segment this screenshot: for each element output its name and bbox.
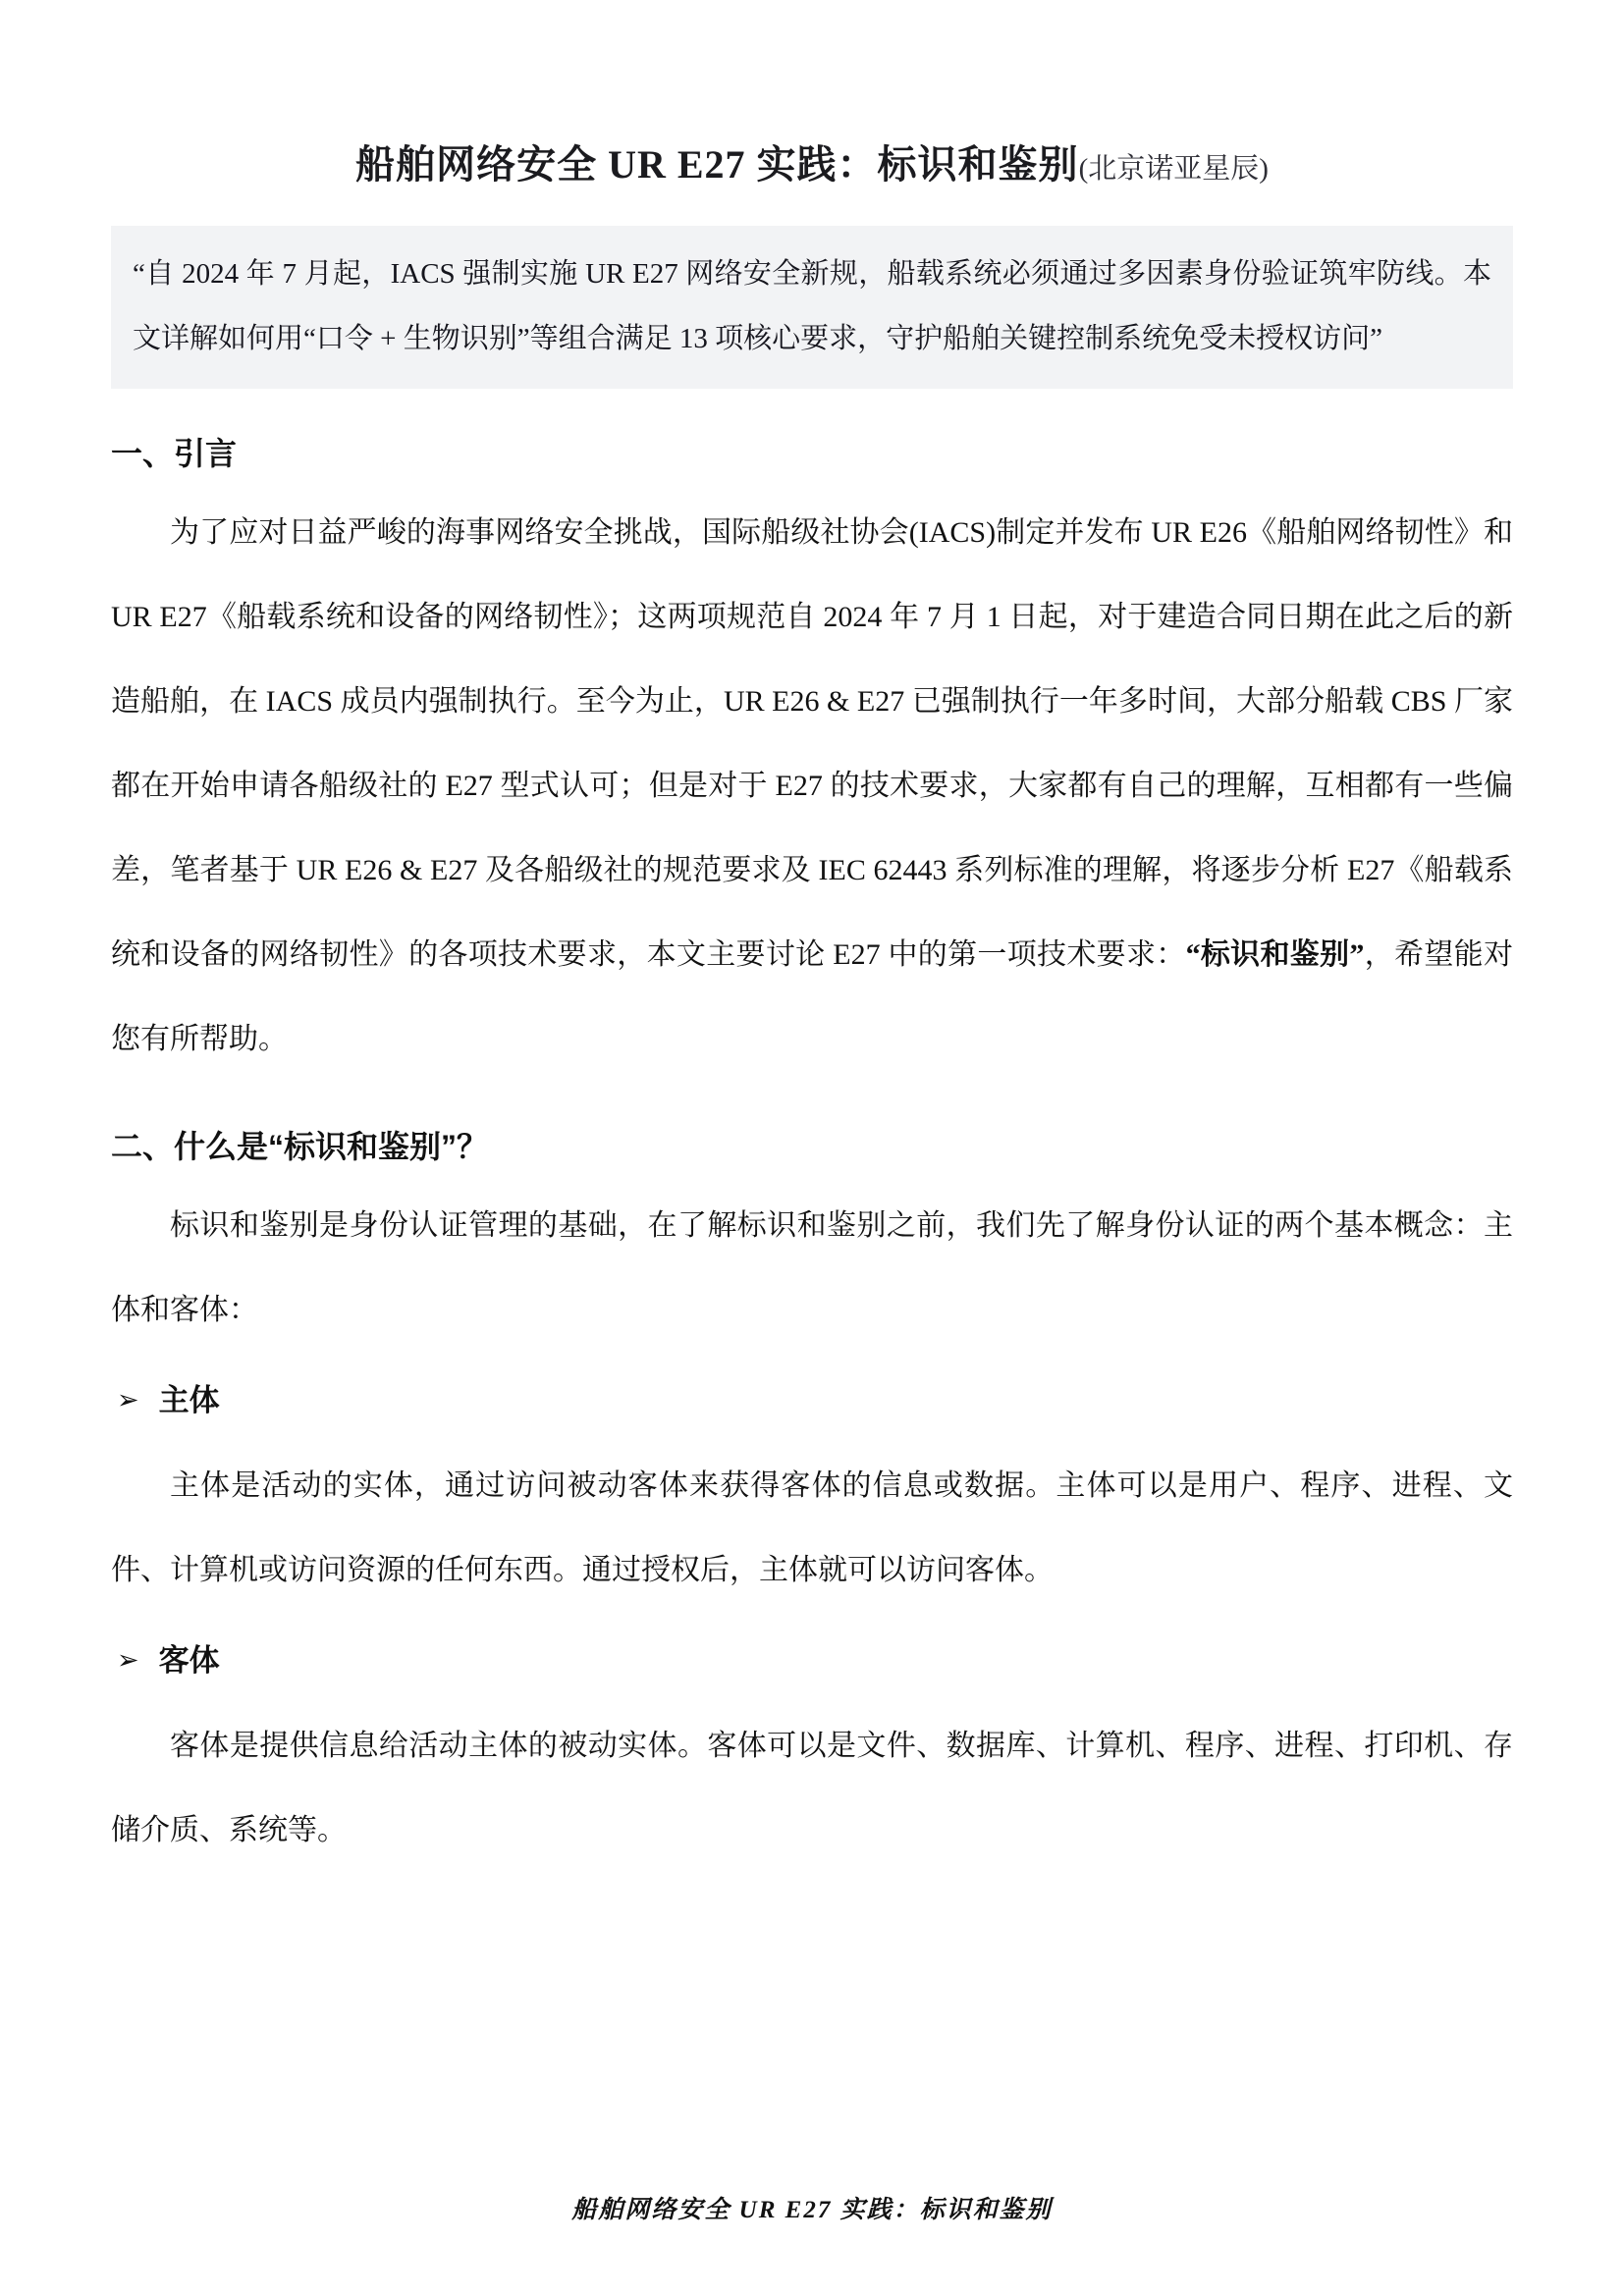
section-heading-introduction: 一、引言 [111,430,1513,477]
subject-paragraph: 主体是活动的实体，通过访问被动客体来获得客体的信息或数据。主体可以是用户、程序、… [111,1444,1513,1613]
concepts-paragraph: 标识和鉴别是身份认证管理的基础，在了解标识和鉴别之前，我们先了解身份认证的两个基… [111,1184,1513,1353]
bullet-label-subject: 主体 [159,1359,220,1443]
introduction-paragraph: 为了应对日益严峻的海事网络安全挑战，国际船级社协会(IACS)制定并发布 UR … [111,491,1513,1082]
document-page: 船舶网络安全 UR E27 实践：标识和鉴别(北京诺亚星辰) “自 2024 年… [0,0,1624,2296]
bullet-label-object: 客体 [159,1619,220,1703]
section-heading-what-is: 二、什么是“标识和鉴别”？ [111,1123,1513,1170]
arrow-bullet-icon: ➢ [117,1358,139,1442]
summary-quote-box: “自 2024 年 7 月起，IACS 强制实施 UR E27 网络安全新规，船… [111,226,1513,389]
object-paragraph: 客体是提供信息给活动主体的被动实体。客体可以是文件、数据库、计算机、程序、进程、… [111,1704,1513,1873]
bullet-item-object: ➢ 客体 [117,1619,1513,1704]
page-title-main: 船舶网络安全 UR E27 实践：标识和鉴别 [355,142,1078,187]
bullet-item-subject: ➢ 主体 [117,1359,1513,1444]
page-title: 船舶网络安全 UR E27 实践：标识和鉴别(北京诺亚星辰) [111,137,1513,196]
page-title-author: (北京诺亚星辰) [1079,153,1269,185]
introduction-paragraph-text: 为了应对日益严峻的海事网络安全挑战，国际船级社协会(IACS)制定并发布 UR … [111,516,1513,971]
document-content: 船舶网络安全 UR E27 实践：标识和鉴别(北京诺亚星辰) “自 2024 年… [0,0,1624,1873]
introduction-paragraph-emphasis: “标识和鉴别” [1186,938,1365,971]
arrow-bullet-icon: ➢ [117,1618,139,1702]
footer-title: 船舶网络安全 UR E27 实践：标识和鉴别 [0,2190,1624,2225]
